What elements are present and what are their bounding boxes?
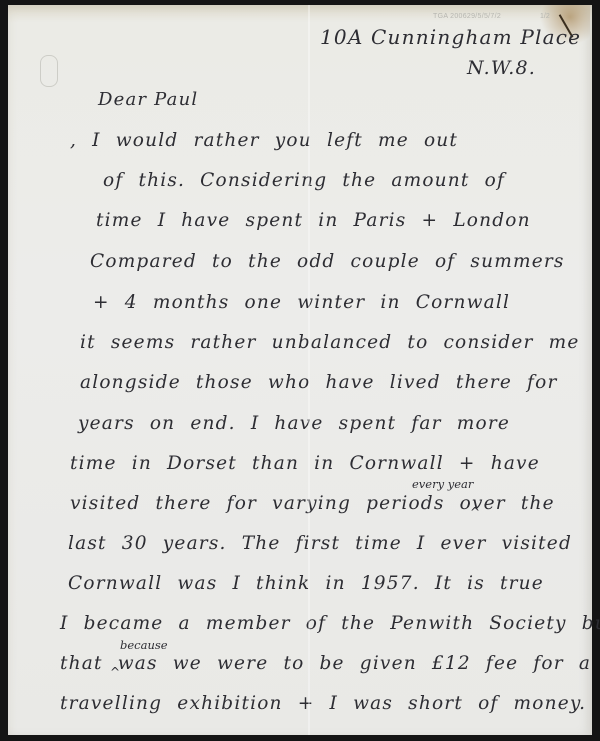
insertion-caret: ^ [470, 505, 480, 519]
body-line: of this. Considering the amount of [103, 170, 505, 191]
body-line: Compared to the odd couple of summers [90, 251, 565, 272]
body-line: , I would rather you left me out [70, 130, 458, 151]
body-line: + 4 months one winter in Cornwall [93, 292, 510, 313]
letter-page: TGA 200629/5/5/7/2 1/2 10A Cunningham Pl… [8, 5, 592, 735]
scan-frame: TGA 200629/5/5/7/2 1/2 10A Cunningham Pl… [0, 0, 600, 741]
body-line: it seems rather unbalanced to consider m… [80, 332, 580, 353]
body-line: years on end. I have spent far more [78, 413, 510, 434]
archive-page-number: 1/2 [540, 13, 550, 20]
body-line: last 30 years. The first time I ever vis… [68, 533, 572, 554]
insertion-every-year: every year [412, 477, 473, 491]
body-line: visited there for varying periods over t… [70, 493, 555, 514]
address-line-1: 10A Cunningham Place [320, 25, 581, 49]
body-line: alongside those who have lived there for [80, 372, 557, 393]
body-line: time I have spent in Paris + London [96, 210, 531, 231]
body-line: travelling exhibition + I was short of m… [60, 693, 586, 714]
body-line: that was we were to be given £12 fee for… [60, 653, 591, 674]
insertion-because: because [120, 638, 168, 652]
salutation: Dear Paul [98, 89, 198, 110]
body-line: I became a member of the Penwith Society… [60, 613, 600, 634]
body-line: Cornwall was I think in 1957. It is true [68, 573, 544, 594]
body-line: time in Dorset than in Cornwall + have [70, 453, 540, 474]
punch-hole-mark [40, 55, 58, 87]
insertion-caret: ^ [110, 665, 120, 679]
address-line-2: N.W.8. [467, 57, 536, 79]
archive-reference: TGA 200629/5/5/7/2 [433, 13, 501, 20]
